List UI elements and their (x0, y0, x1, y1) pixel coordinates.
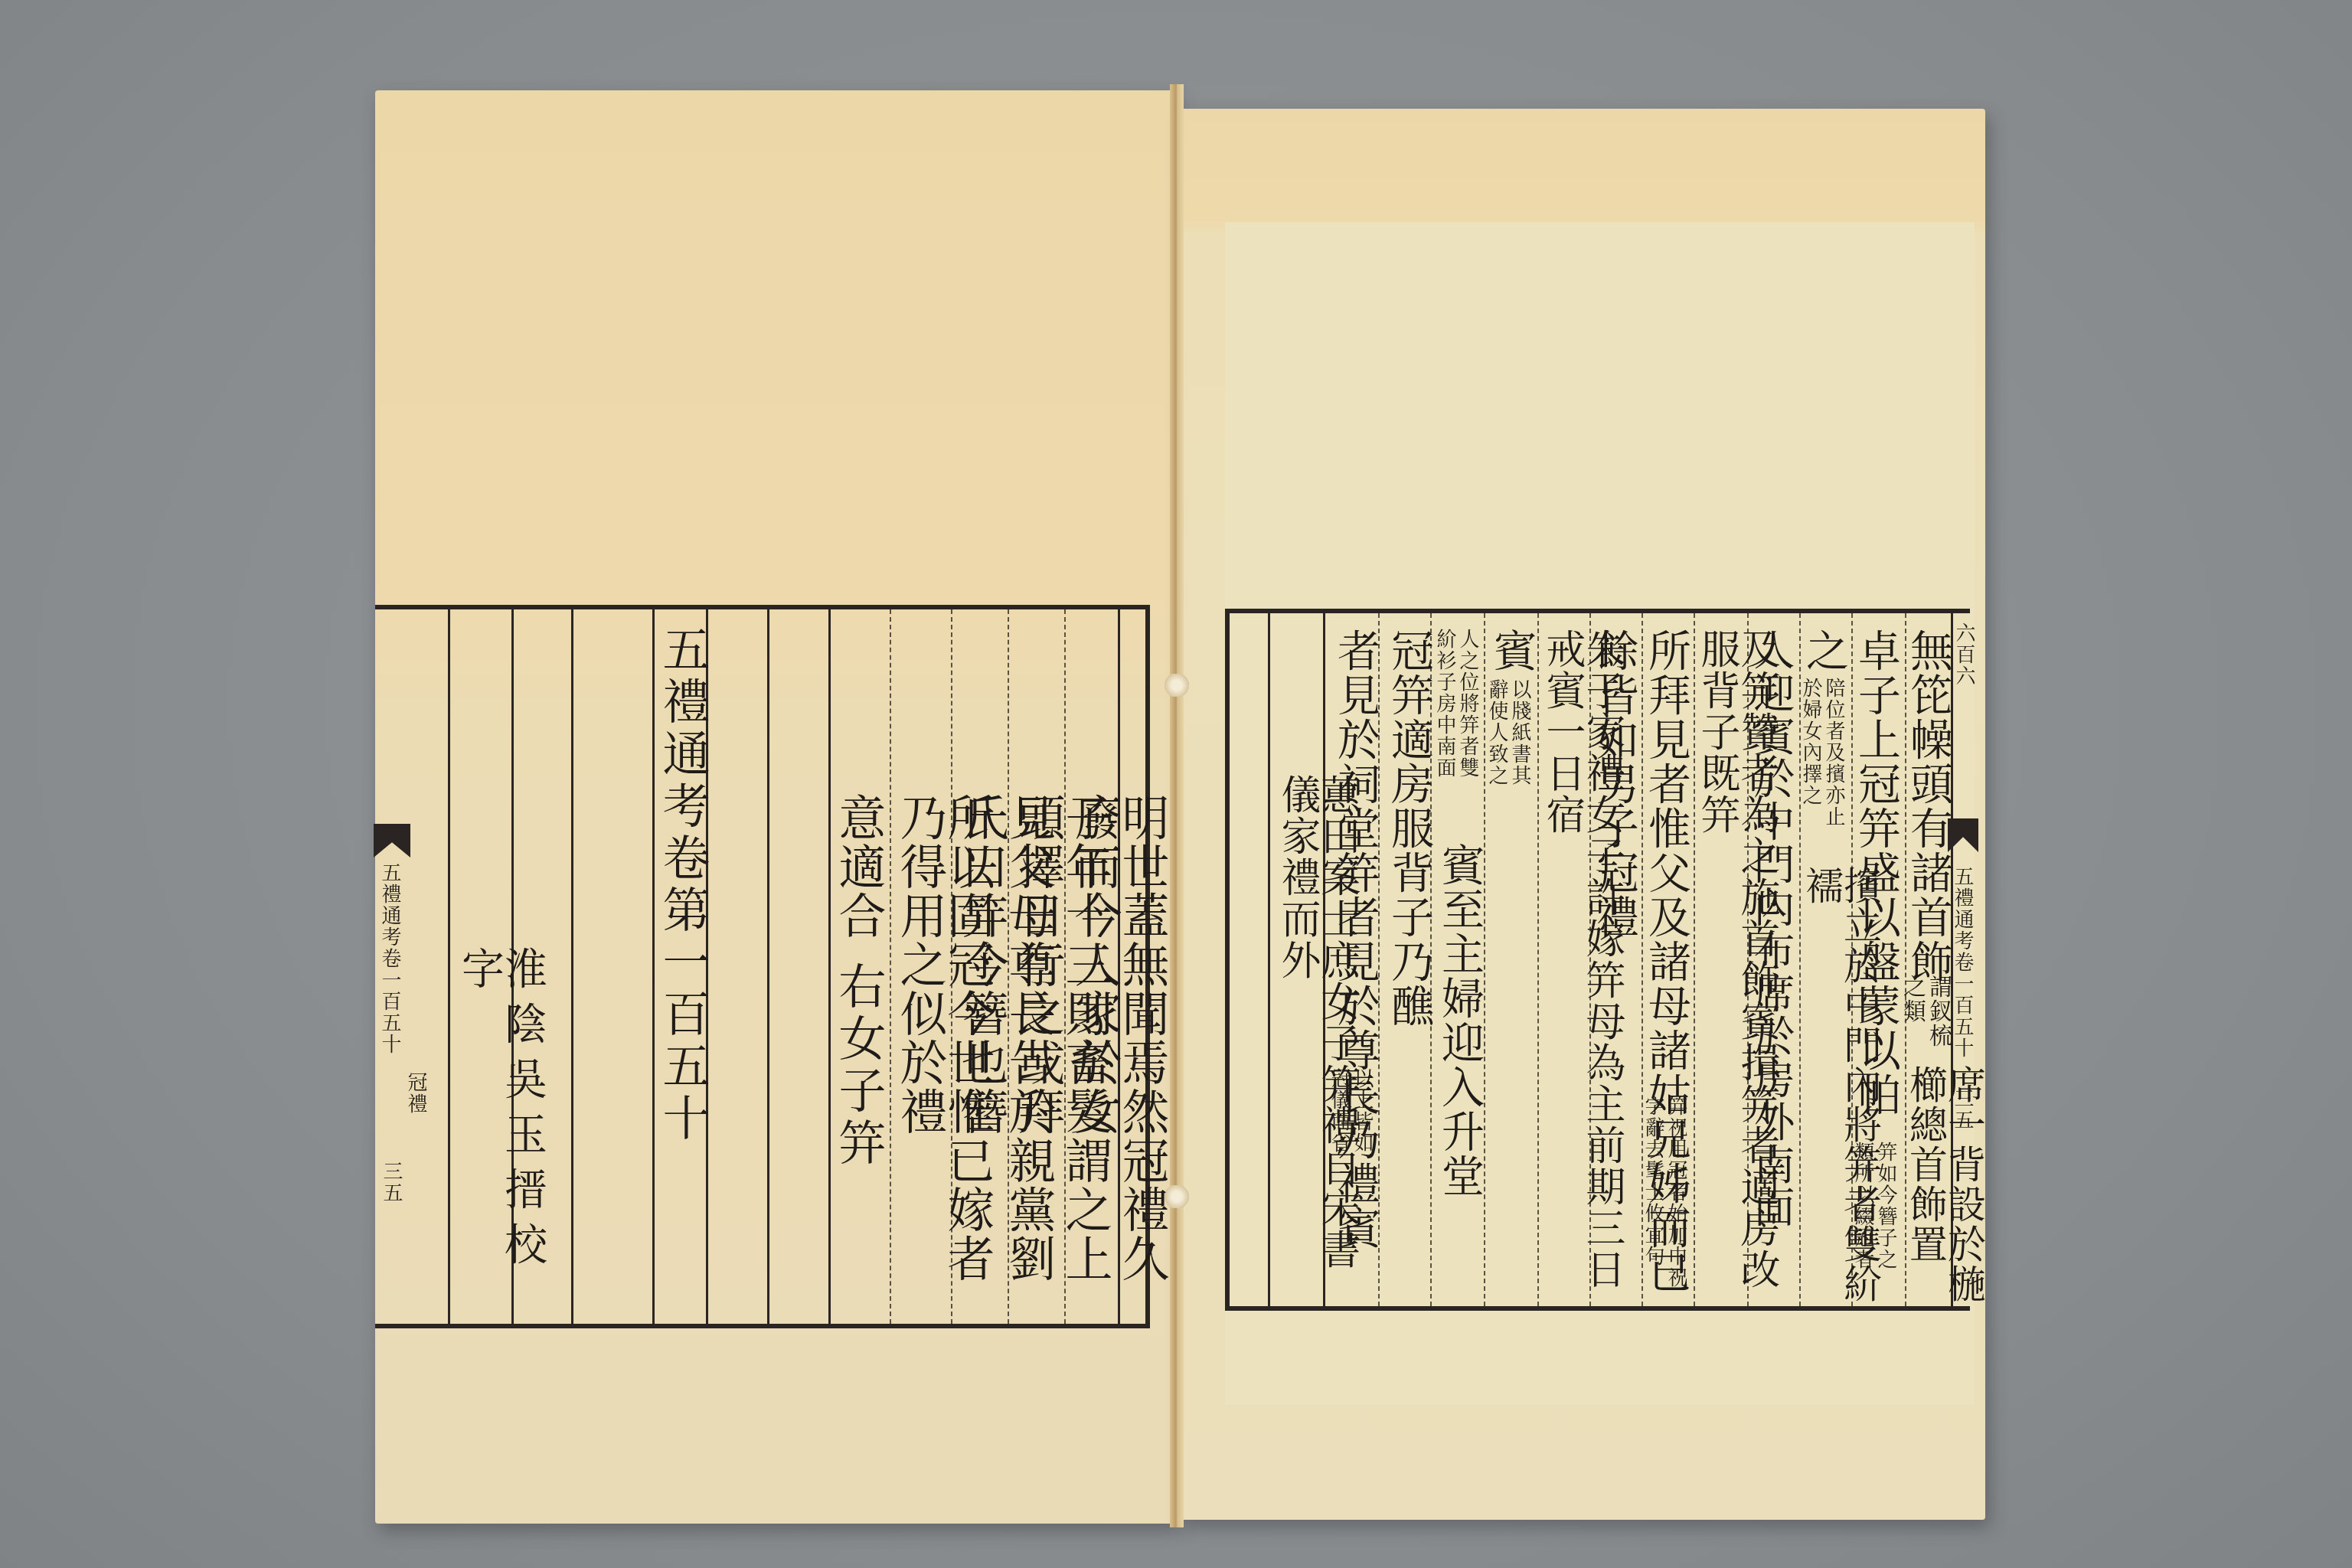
margin-section: 冠禮 (406, 1072, 426, 1115)
annotation: 以牋紙書其 (1510, 679, 1530, 786)
text-column: 賓至主婦迎入升堂 (1438, 843, 1481, 1198)
annotation: 謂釵梳 (1926, 975, 1949, 1048)
text-column: 蕙田案士庶女子笄禮自宋書儀家禮而外 (1277, 774, 1357, 1306)
annotation-pair: 陪位者及擯亦止 於婦女內擇之 (1801, 678, 1844, 828)
text-column: 冠笄適房服背子乃醮 (1387, 629, 1430, 1028)
annotation-pair: 人之位將笄者雙 紒衫子房中南面 (1435, 629, 1478, 779)
text-column: 朱子家禮女子許嫁笄母為主前期三日戒賓一日宿 (1542, 629, 1622, 1306)
leaf-number: 三五 (381, 1161, 401, 1204)
column-rule (1268, 613, 1270, 1306)
annotation-pair: 以牋紙書其 辭使人致之 (1487, 679, 1530, 786)
annotation: 之類 (1900, 975, 1923, 1048)
annotation: 人之位將笄者雙 (1458, 629, 1478, 779)
left-text-frame: 五禮通考卷一百五十 冠禮 三五 淮陰吳玉搢校字 五禮通考卷第一百五十 右女子笄 … (375, 605, 1150, 1328)
book-spine-gutter (1170, 84, 1184, 1527)
text-column: 席一背設於椸櫛總首飾置 (1906, 1065, 1983, 1306)
text-column: 意適合 (835, 793, 882, 940)
annotation: 辭使人致之 (1487, 679, 1507, 786)
volume-title: 五禮通考卷第一百五十 (658, 625, 706, 1145)
annotation: 笄祝用冠者始加巾祝 (1666, 1096, 1686, 1289)
binding-thread-knot (1164, 674, 1190, 697)
proofreader-line: 淮陰吳玉搢校字 (458, 946, 544, 1324)
margin-title: 五禮通考卷一百五十 (380, 862, 400, 1055)
text-column: 賓 (1490, 629, 1533, 673)
annotation: 於婦女內擇之 (1801, 678, 1821, 828)
margin-top-note: 六百六 (1954, 622, 1974, 687)
annotation-pair: 笄祝用冠者始加巾祝 字辭去髦士攸宜句 (1643, 1096, 1686, 1289)
text-column: 無笓幧頭有諸首飾 (1906, 629, 1949, 984)
right-text-frame: 六百六 五禮通考卷一百五十 三五 無笓幧頭有諸首飾 謂釵梳 之類 席一背設於椸櫛… (1225, 609, 1970, 1311)
annotation: 紒衫子房中南面 (1435, 629, 1455, 779)
margin-title: 五禮通考卷一百五十 (1952, 866, 1972, 1059)
text-column: 所以固冠今世惟已嫁者乃得用之似於禮 (896, 793, 991, 1324)
closing-note: 右女子笄 (835, 962, 882, 1170)
fishtail-mark (374, 824, 410, 857)
text-column: 及笄贊者為之施首飾賓揖笄者適房改服背子既笄 (1697, 629, 1776, 1306)
column-rule (571, 609, 573, 1324)
column-rule (767, 609, 769, 1324)
column-rule (448, 609, 450, 1324)
column-rule (890, 609, 891, 1324)
annotation-pair: 謂釵梳 之類 (1900, 975, 1949, 1048)
annotation: 陪位者及擯亦止 (1824, 678, 1844, 828)
text-column: 之 (1802, 629, 1845, 673)
annotation: 字辭去髦士攸宜句 (1643, 1096, 1663, 1289)
text-column: 擯立於中門內將笄者雙紒襦 (1802, 866, 1879, 1306)
